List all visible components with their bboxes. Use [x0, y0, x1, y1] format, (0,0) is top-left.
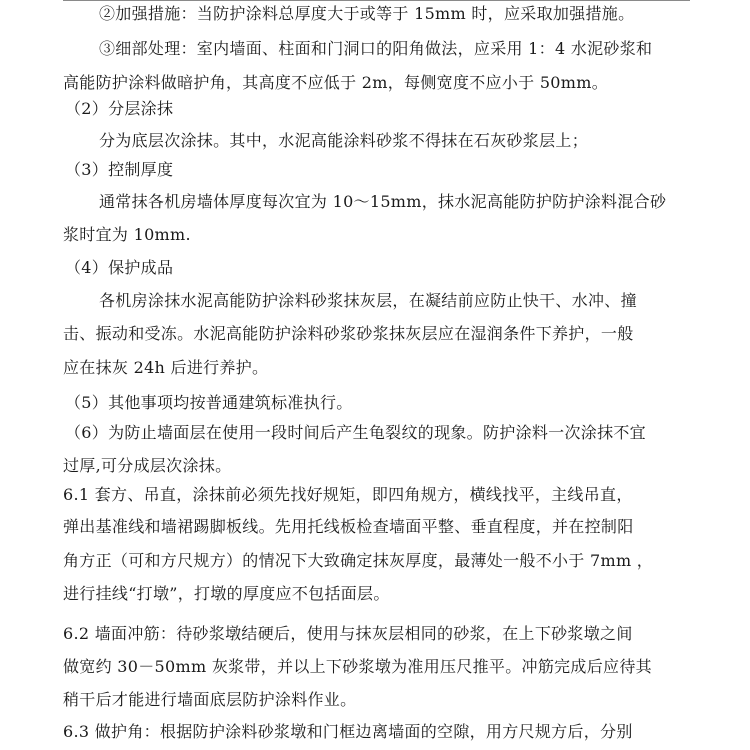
- text-line: 各机房涂抹水泥高能防护涂料砂浆抹灰层，在凝结前应防止快干、水冲、撞: [99, 291, 637, 311]
- text-line: 6.1 套方、吊直，涂抹前必须先找好规矩，即四角规方，横线找平，主线吊直，: [63, 485, 633, 505]
- section-heading: （6）为防止墙面层在使用一段时间后产生龟裂纹的现象。防护涂料一次涂抹不宜: [65, 423, 646, 443]
- page-top-border: [63, 0, 690, 1]
- text-line: 通常抹各机房墙体厚度每次宜为 10～15mm，抹水泥高能防护防护涂料混合砂: [99, 192, 666, 212]
- text-line: ③细部处理：室内墙面、柱面和门洞口的阳角做法，应采用 1：4 水泥砂浆和: [99, 39, 652, 59]
- text-line: 弹出基准线和墙裙踢脚板线。先用托线板检查墙面平整、垂直程度，并在控制阳: [63, 517, 634, 537]
- text-line: 过厚,可分成层次涂抹。: [63, 456, 231, 476]
- text-line: 浆时宜为 10mm.: [63, 225, 191, 245]
- text-line: 做宽约 30－50mm 灰浆带，并以上下砂浆墩为准用压尺推平。冲筋完成后应待其: [63, 657, 652, 677]
- text-line: ②加强措施：当防护涂料总厚度大于或等于 15mm 时，应采取加强措施。: [99, 4, 634, 24]
- text-line: 分为底层次涂抹。其中，水泥高能涂料砂浆不得抹在石灰砂浆层上；: [99, 131, 588, 151]
- text-line: 击、振动和受冻。水泥高能防护涂料砂浆砂浆抹灰层应在湿润条件下养护，一般: [63, 324, 634, 344]
- section-heading: （3）控制厚度: [65, 160, 173, 180]
- text-line: 6.3 做护角：根据防护涂料砂浆墩和门框边离墙面的空隙，用方尺规方后，分别: [63, 722, 633, 742]
- text-line: 进行挂线“打墩”，打墩的厚度应不包括面层。: [63, 584, 390, 604]
- text-line: 角方正（可和方尺规方）的情况下大致确定抹灰厚度，最薄处一般不小于 7mm ，: [63, 551, 653, 571]
- text-line: 高能防护涂料做暗护角，其高度不应低于 2m，每侧宽度不应小于 50mm。: [63, 73, 608, 93]
- section-heading: （2）分层涂抹: [65, 99, 173, 119]
- section-heading: （5）其他事项均按普通建筑标准执行。: [65, 393, 353, 413]
- text-line: 稍干后才能进行墙面底层防护涂料作业。: [63, 690, 356, 710]
- text-line: 应在抹灰 24h 后进行养护。: [63, 358, 268, 378]
- section-heading: （4）保护成品: [65, 258, 173, 278]
- text-line: 6.2 墙面冲筋：待砂浆墩结硬后，使用与抹灰层相同的砂浆，在上下砂浆墩之间: [63, 624, 633, 644]
